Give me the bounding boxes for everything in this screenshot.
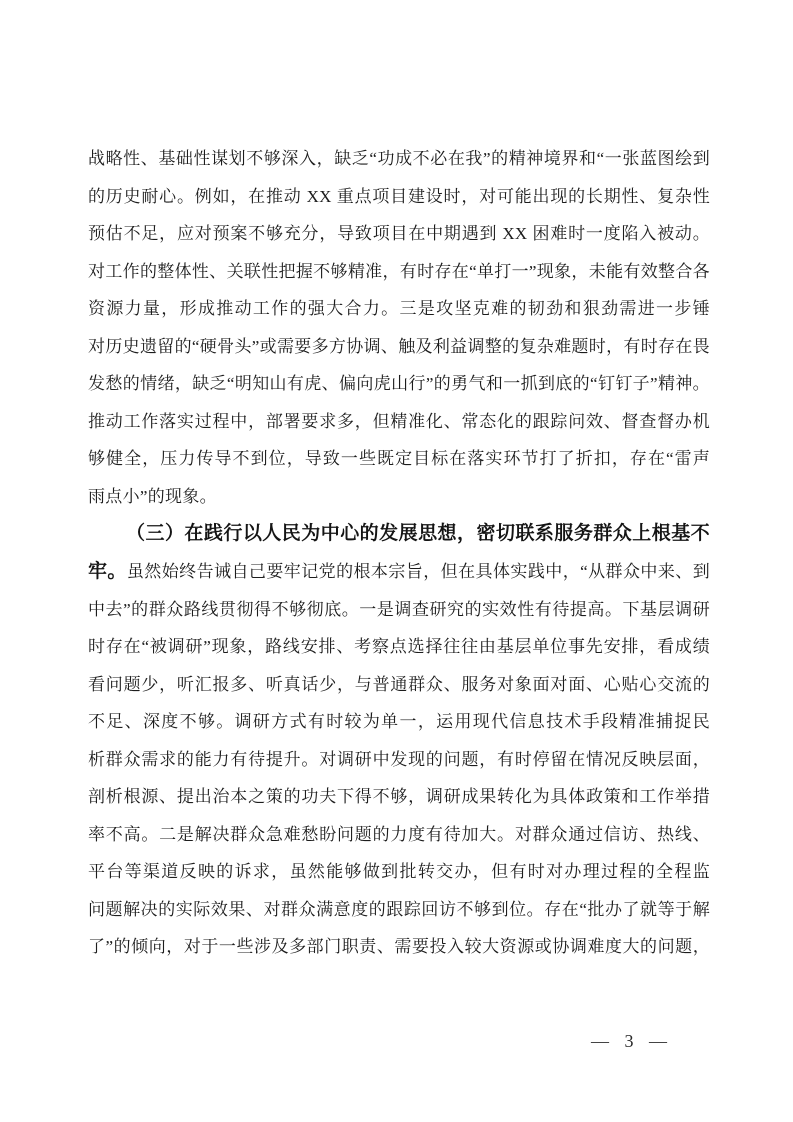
text-line: 发愁的情绪，缺乏“明知山有虎、偏向虎山行”的勇气和一抓到底的“钉钉子”精神。在 (88, 365, 710, 403)
text-line: 析群众需求的能力有待提升。对调研中发现的问题，有时停留在情况反映层面，深入 (88, 741, 710, 779)
text-line: 资源力量，形成推动工作的强大合力。三是攻坚克难的韧劲和狠劲需进一步锤炼。面 (88, 290, 710, 328)
text-line: 剖析根源、提出治本之策的功夫下得不够，调研成果转化为具体政策和工作举措的效 (88, 778, 710, 816)
document-body: 战略性、基础性谋划不够深入，缺乏“功成不必在我”的精神境界和“一张蓝图绘到底” … (88, 140, 710, 966)
text-line: 看问题少，听汇报多、听真话少，与普通群众、服务对象面对面、心贴心交流的时间 (88, 666, 710, 704)
section-heading: （三）在践行以人民为中心的发展思想，密切联系服务群众上根基不 (88, 515, 710, 553)
text-line: 预估不足，应对预案不够充分，导致项目在中期遇到 XX 困难时一度陷入被动。同时， (88, 215, 710, 253)
text-line: 不足、深度不够。调研方式有时较为单一，运用现代信息技术手段精准捕捉民意、分 (88, 703, 710, 741)
text-line: 的历史耐心。例如，在推动 XX 重点项目建设时，对可能出现的长期性、复杂性困难 (88, 178, 710, 216)
text-line: 对历史遗留的“硬骨头”或需要多方协调、触及利益调整的复杂难题时，有时存在畏难 (88, 328, 710, 366)
text-line: 够健全，压力传导不到位，导致一些既定目标在落实环节打了折扣，存在“雷声大、 (88, 440, 710, 478)
text-line-mixed: 牢。虽然始终告诫自己要牢记党的根本宗旨，但在具体实践中，“从群众中来、到群众 (88, 553, 710, 591)
page-number: — 3 — (591, 1028, 668, 1054)
text-line: 中去”的群众路线贯彻得不够彻底。一是调查研究的实效性有待提高。下基层调研有 (88, 591, 710, 629)
paragraph-last-line: 雨点小”的现象。 (88, 478, 710, 516)
text-line: 对工作的整体性、关联性把握不够精准，有时存在“单打一”现象，未能有效整合各方 (88, 253, 710, 291)
section-heading-continuation: 牢。 (88, 561, 127, 582)
text-line: 率不高。二是解决群众急难愁盼问题的力度有待加大。对群众通过信访、热线、网络 (88, 816, 710, 854)
text-line: 时存在“被调研”现象，路线安排、考察点选择往往由基层单位事先安排，看成绩多、 (88, 628, 710, 666)
body-run: 虽然始终告诫自己要牢记党的根本宗旨，但在具体实践中，“从群众中来、到群众 (88, 562, 710, 591)
text-line: 平台等渠道反映的诉求，虽然能够做到批转交办，但有时对办理过程的全程监督、对 (88, 853, 710, 891)
text-line: 问题解决的实际效果、对群众满意度的跟踪回访不够到位。存在“批办了就等于解决 (88, 891, 710, 929)
text-line: 推动工作落实过程中，部署要求多，但精准化、常态化的跟踪问效、督查督办机制不 (88, 403, 710, 441)
document-page: 战略性、基础性谋划不够深入，缺乏“功成不必在我”的精神境界和“一张蓝图绘到底” … (0, 0, 793, 1122)
text-line: 了”的倾向，对于一些涉及多部门职责、需要投入较大资源或协调难度大的问题，主 (88, 928, 710, 966)
text-line: 战略性、基础性谋划不够深入，缺乏“功成不必在我”的精神境界和“一张蓝图绘到底” (88, 140, 710, 178)
